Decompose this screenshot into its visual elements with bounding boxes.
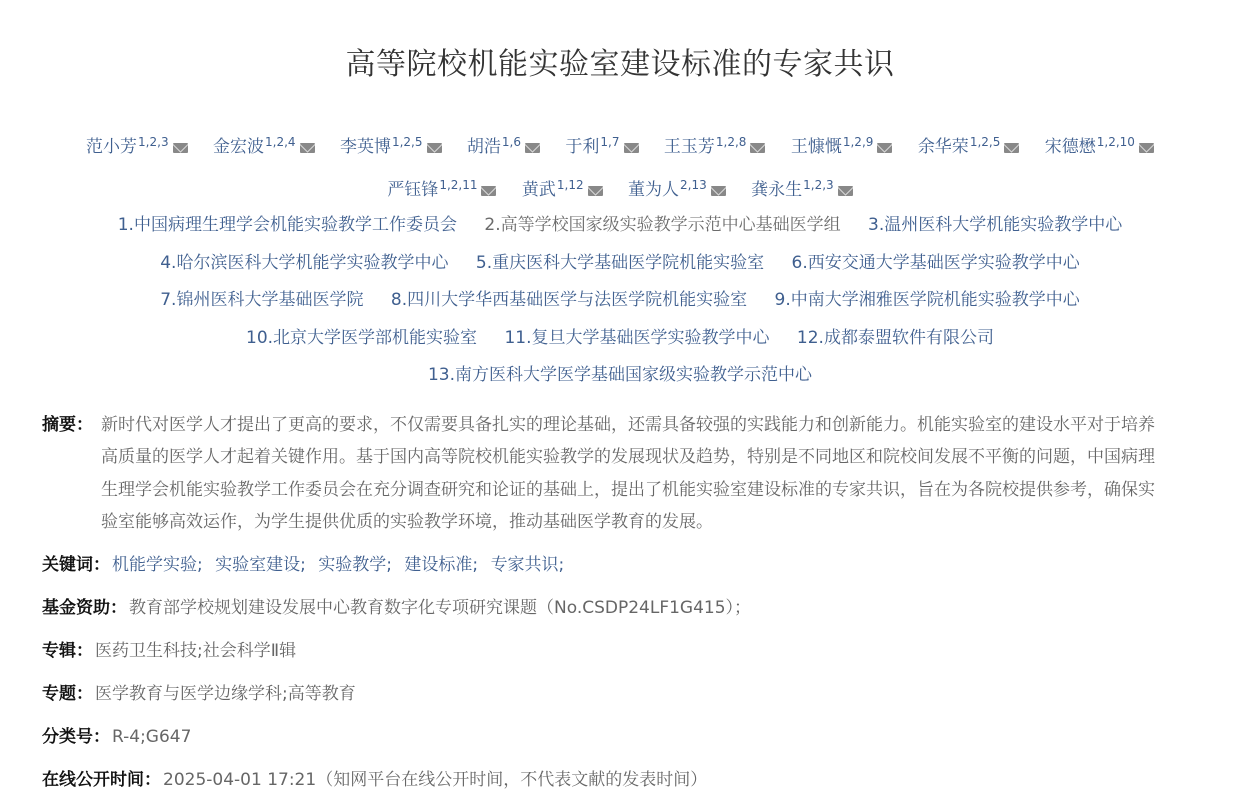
author-affil-sup: 1,2,10 [1097,135,1135,149]
author-name: 李英博 [340,137,391,157]
affiliation-link[interactable]: 3.温州医科大学机能实验教学中心 [868,207,1122,245]
affiliation-link[interactable]: 12.成都泰盟软件有限公司 [797,320,994,358]
author-link[interactable]: 王玉芳1,2,8 [664,123,766,166]
online-time-value: 2025-04-01 17:21（知网平台在线公开时间，不代表文献的发表时间） [163,759,707,797]
keywords-label: 关键词： [42,544,110,587]
subject-value: 医学教育与医学边缘学科;高等教育 [95,673,356,716]
author-name: 王慷慨 [791,137,842,157]
author-link[interactable]: 李英博1,2,5 [340,123,442,166]
author-link[interactable]: 龚永生1,2,3 [751,166,853,209]
author-link[interactable]: 严钰锋1,2,11 [387,166,496,209]
email-icon[interactable] [173,143,188,153]
affiliation-line-1: 1.中国病理生理学会机能实验教学工作委员会 2.高等学校国家级实验教学示范中心基… [0,207,1240,245]
affiliation-link[interactable]: 5.重庆医科大学基础医学院机能实验室 [476,245,764,283]
affiliation-link[interactable]: 4.哈尔滨医科大学机能学实验教学中心 [160,245,448,283]
email-icon[interactable] [750,143,765,153]
affiliation-link[interactable]: 6.西安交通大学基础医学实验教学中心 [792,245,1080,283]
keyword-link[interactable]: 实验室建设; [215,555,306,575]
keyword-link[interactable]: 机能学实验; [112,555,203,575]
keyword-link[interactable]: 专家共识; [491,555,565,575]
affiliation-link[interactable]: 1.中国病理生理学会机能实验教学工作委员会 [118,207,457,245]
author-name: 余华荣 [918,137,969,157]
author-affil-sup: 1,2,8 [716,135,747,149]
author-name: 王玉芳 [664,137,715,157]
author-affil-sup: 1,2,5 [392,135,423,149]
author-link[interactable]: 余华荣1,2,5 [918,123,1020,166]
author-name: 范小芳 [86,137,137,157]
author-link[interactable]: 董为人2,13 [628,166,726,209]
series-label: 专辑： [42,630,93,673]
author-link[interactable]: 黄武1,12 [522,166,603,209]
email-icon[interactable] [427,143,442,153]
affiliation-link[interactable]: 13.南方医科大学医学基础国家级实验教学示范中心 [428,357,812,395]
author-list: 范小芳1,2,3 金宏波1,2,4 李英博1,2,5 胡浩1,6 于利1,7 王… [0,123,1240,209]
author-affil-sup: 1,12 [557,178,584,192]
online-time-row: 在线公开时间： 2025-04-01 17:21（知网平台在线公开时间，不代表文… [42,759,1198,797]
email-icon[interactable] [481,186,496,196]
classification-label: 分类号： [42,716,110,759]
keyword-link[interactable]: 实验教学; [318,555,392,575]
author-name: 龚永生 [751,180,802,200]
subject-label: 专题： [42,673,93,716]
article-metadata: 摘要： 新时代对医学人才提出了更高的要求，不仅需要具备扎实的理论基础，还需具备较… [0,409,1240,797]
email-icon[interactable] [877,143,892,153]
affiliation-line-2: 4.哈尔滨医科大学机能学实验教学中心 5.重庆医科大学基础医学院机能实验室 6.… [0,245,1240,283]
author-affil-sup: 1,2,9 [843,135,874,149]
author-link[interactable]: 胡浩1,6 [467,123,540,166]
author-line-1: 范小芳1,2,3 金宏波1,2,4 李英博1,2,5 胡浩1,6 于利1,7 王… [30,123,1210,166]
author-affil-sup: 2,13 [680,178,707,192]
author-link[interactable]: 于利1,7 [565,123,638,166]
affiliation-link[interactable]: 8.四川大学华西基础医学与法医学院机能实验室 [391,282,747,320]
abstract-text: 新时代对医学人才提出了更高的要求，不仅需要具备扎实的理论基础，还需具备较强的实践… [101,409,1198,539]
author-name: 宋德懋 [1045,137,1096,157]
classification-value: R-4;G647 [112,716,191,759]
online-time-label: 在线公开时间： [42,759,161,797]
author-name: 董为人 [628,180,679,200]
affiliation-line-5: 13.南方医科大学医学基础国家级实验教学示范中心 [0,357,1240,395]
email-icon[interactable] [624,143,639,153]
email-icon[interactable] [711,186,726,196]
affiliation-list: 1.中国病理生理学会机能实验教学工作委员会 2.高等学校国家级实验教学示范中心基… [0,207,1240,395]
affiliation-link[interactable]: 10.北京大学医学部机能实验室 [246,320,477,358]
affiliation-line-3: 7.锦州医科大学基础医学院 8.四川大学华西基础医学与法医学院机能实验室 9.中… [0,282,1240,320]
author-affil-sup: 1,2,3 [803,178,834,192]
email-icon[interactable] [1004,143,1019,153]
fund-row: 基金资助： 教育部学校规划建设发展中心教育数字化专项研究课题（No.CSDP24… [42,587,1198,630]
email-icon[interactable] [525,143,540,153]
author-affil-sup: 1,7 [600,135,619,149]
subject-row: 专题： 医学教育与医学边缘学科;高等教育 [42,673,1198,716]
affiliation-link[interactable]: 11.复旦大学基础医学实验教学中心 [504,320,769,358]
author-affil-sup: 1,2,3 [138,135,169,149]
email-icon[interactable] [1139,143,1154,153]
fund-value: 教育部学校规划建设发展中心教育数字化专项研究课题（No.CSDP24LF1G41… [129,587,751,630]
series-value: 医药卫生科技;社会科学Ⅱ辑 [95,630,296,673]
keywords-list: 机能学实验; 实验室建设; 实验教学; 建设标准; 专家共识; [112,544,571,587]
abstract-row: 摘要： 新时代对医学人才提出了更高的要求，不仅需要具备扎实的理论基础，还需具备较… [42,409,1198,539]
series-row: 专辑： 医药卫生科技;社会科学Ⅱ辑 [42,630,1198,673]
author-name: 严钰锋 [387,180,438,200]
keyword-link[interactable]: 建设标准; [404,555,478,575]
email-icon[interactable] [588,186,603,196]
email-icon[interactable] [838,186,853,196]
author-affil-sup: 1,2,4 [265,135,296,149]
affiliation-link[interactable]: 7.锦州医科大学基础医学院 [160,282,363,320]
affiliation-text: 2.高等学校国家级实验教学示范中心基础医学组 [484,207,840,245]
affiliation-link[interactable]: 9.中南大学湘雅医学院机能实验教学中心 [775,282,1080,320]
author-link[interactable]: 王慷慨1,2,9 [791,123,893,166]
email-icon[interactable] [300,143,315,153]
author-link[interactable]: 宋德懋1,2,10 [1045,123,1154,166]
author-affil-sup: 1,2,5 [970,135,1001,149]
classification-row: 分类号： R-4;G647 [42,716,1198,759]
article-title: 高等院校机能实验室建设标准的专家共识 [0,0,1240,85]
author-name: 黄武 [522,180,556,200]
keywords-row: 关键词： 机能学实验; 实验室建设; 实验教学; 建设标准; 专家共识; [42,544,1198,587]
abstract-label: 摘要： [42,409,101,539]
author-affil-sup: 1,6 [502,135,521,149]
author-link[interactable]: 范小芳1,2,3 [86,123,188,166]
author-affil-sup: 1,2,11 [439,178,477,192]
author-name: 胡浩 [467,137,501,157]
author-name: 于利 [565,137,599,157]
affiliation-line-4: 10.北京大学医学部机能实验室 11.复旦大学基础医学实验教学中心 12.成都泰… [0,320,1240,358]
fund-label: 基金资助： [42,587,127,630]
author-line-2: 严钰锋1,2,11 黄武1,12 董为人2,13 龚永生1,2,3 [30,166,1210,209]
author-name: 金宏波 [213,137,264,157]
author-link[interactable]: 金宏波1,2,4 [213,123,315,166]
